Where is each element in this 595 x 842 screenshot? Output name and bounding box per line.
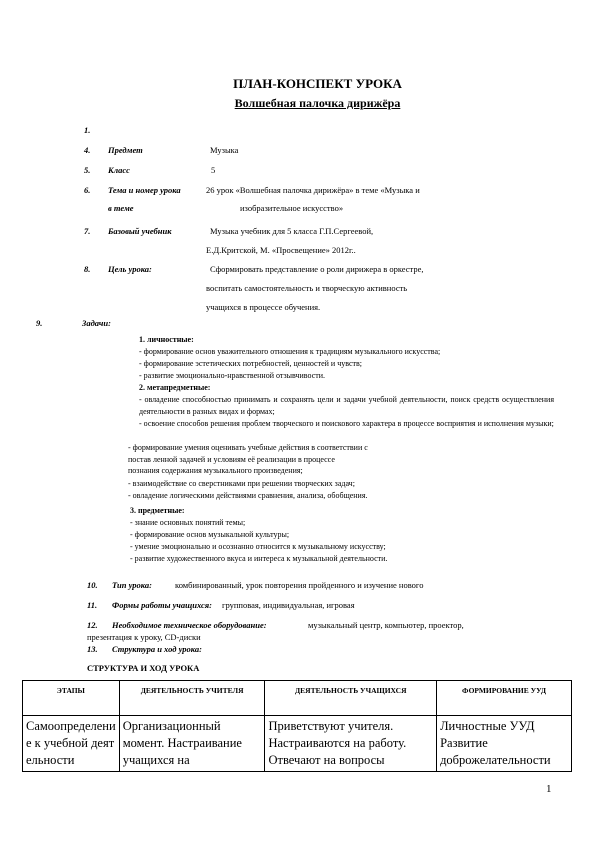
topic-value: 26 урок «Волшебная палочка дирижёра» в т…	[206, 185, 420, 195]
teacher-activity-cell: Организационный момент. Настраивание уча…	[119, 716, 265, 772]
task-group-heading: 1. личностные:	[139, 334, 194, 346]
uud-cell: Личностные УУД Развитие доброжелательнос…	[437, 716, 572, 772]
goal-value: Сформировать представление о роли дириже…	[210, 264, 424, 274]
task-group-heading: 2. метапредметные:	[139, 382, 210, 394]
structure-label: Структура и ход урока:	[112, 644, 202, 654]
page-number: 1	[546, 783, 552, 795]
field-number: 10.	[87, 580, 98, 590]
structure-heading: СТРУКТУРА И ХОД УРОКА	[87, 663, 199, 673]
task-item: - формирование основ уважительного отнош…	[139, 346, 440, 358]
textbook-label: Базовый учебник	[108, 226, 172, 236]
equipment-label: Необходимое техническое оборудование:	[112, 620, 267, 630]
work-forms-label: Формы работы учащихся:	[112, 600, 212, 610]
topic-label: Тема и номер урока	[108, 185, 181, 195]
field-number: 13.	[87, 644, 98, 654]
field-number: 8.	[84, 264, 90, 274]
task-item: - знание основных понятий темы;	[130, 517, 245, 529]
student-activity-cell: Приветствуют учителя. Настраиваются на р…	[265, 716, 437, 772]
task-item: - взаимодействие со сверстниками при реш…	[128, 478, 355, 490]
lesson-subtitle: Волшебная палочка дирижёра	[0, 96, 595, 111]
textbook-value: Музыка учебник для 5 класса Г.П.Сергеево…	[210, 226, 373, 236]
goal-value-cont: учащихся в процессе обучения.	[206, 302, 320, 312]
topic-label-cont: в теме	[108, 203, 134, 213]
field-number: 5.	[84, 165, 90, 175]
grade-label: Класс	[108, 165, 130, 175]
column-header-uud: ФОРМИРОВАНИЕ УУД	[437, 681, 572, 716]
task-item: - формирование эстетических потребностей…	[139, 358, 362, 370]
task-item: - овладение логическими действиями сравн…	[128, 490, 368, 502]
task-item: - развитие художественного вкуса и интер…	[130, 553, 387, 565]
goal-value-cont: воспитать самостоятельность и творческую…	[206, 283, 407, 293]
lesson-type-value: комбинированный, урок повторения пройден…	[175, 580, 423, 590]
task-item: - формирование основ музыкальной культур…	[130, 529, 289, 541]
equipment-value: музыкальный центр, компьютер, проектор,	[308, 620, 464, 630]
task-item: - овладение способностью принимать и сох…	[139, 394, 554, 417]
goal-label: Цель урока:	[108, 264, 152, 274]
grade-value: 5	[211, 165, 215, 175]
subject-label: Предмет	[108, 145, 143, 155]
equipment-value-cont: презентация к уроку, CD-диски	[87, 632, 201, 642]
tasks-label: Задачи:	[82, 318, 111, 328]
work-forms-value: групповая, индивидуальная, игровая	[222, 600, 355, 610]
field-number: 11.	[87, 600, 97, 610]
column-header-stages: ЭТАПЫ	[23, 681, 120, 716]
column-header-teacher: ДЕЯТЕЛЬНОСТЬ УЧИТЕЛЯ	[119, 681, 265, 716]
stage-cell: Самоопределение к учебной деятельности	[23, 716, 120, 772]
table-header-row: ЭТАПЫ ДЕЯТЕЛЬНОСТЬ УЧИТЕЛЯ ДЕЯТЕЛЬНОСТЬ …	[23, 681, 572, 716]
column-header-students: ДЕЯТЕЛЬНОСТЬ УЧАЩИХСЯ	[265, 681, 437, 716]
task-item: - освоение способов решения проблем твор…	[139, 418, 554, 430]
task-item: - формирование умения оценивать учебные …	[128, 442, 368, 477]
topic-value-cont: изобразительное искусство»	[240, 203, 343, 213]
field-number: 7.	[84, 226, 90, 236]
lesson-type-label: Тип урока:	[112, 580, 152, 590]
task-group-heading: 3. предметные:	[130, 505, 185, 517]
field-number: 1.	[84, 125, 90, 135]
field-number: 4.	[84, 145, 90, 155]
lesson-structure-table: ЭТАПЫ ДЕЯТЕЛЬНОСТЬ УЧИТЕЛЯ ДЕЯТЕЛЬНОСТЬ …	[22, 680, 572, 772]
table-row: Самоопределение к учебной деятельности О…	[23, 716, 572, 772]
field-number: 6.	[84, 185, 90, 195]
textbook-value-cont: Е.Д.Критской, М. «Просвещение» 2012г..	[206, 245, 356, 255]
field-number: 9.	[36, 318, 42, 328]
page-title: ПЛАН-КОНСПЕКТ УРОКА	[0, 76, 595, 92]
field-number: 12.	[87, 620, 98, 630]
task-item: - умение эмоционально и осознанно относи…	[130, 541, 386, 553]
task-item: - развитие эмоционально-нравственной отз…	[139, 370, 325, 382]
subject-value: Музыка	[210, 145, 238, 155]
